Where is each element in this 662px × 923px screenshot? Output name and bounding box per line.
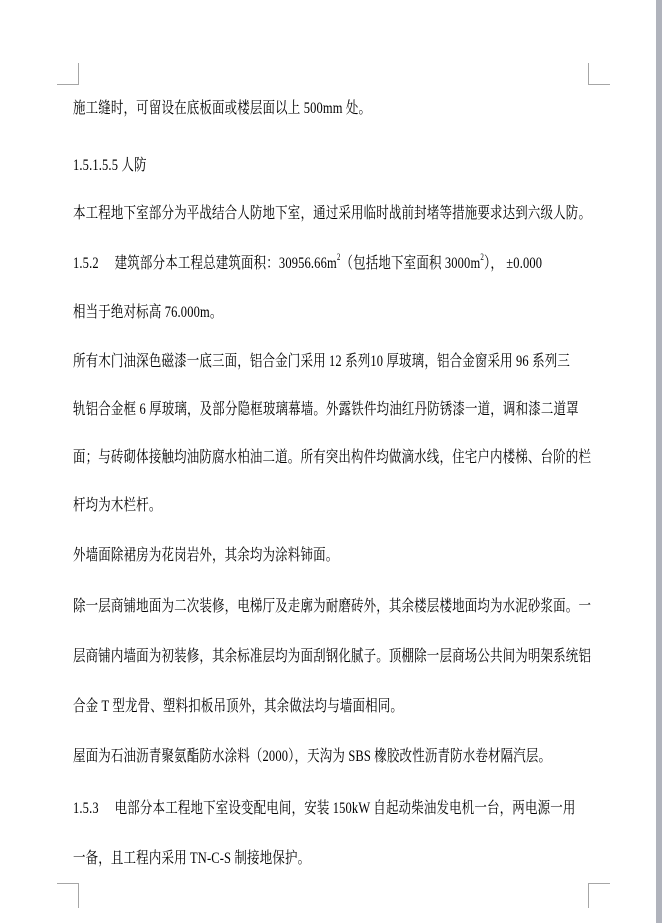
document-body-text: 施工缝时，可留设在底板面或楼层面以上 500mm 处。1.5.1.5.5 人防本…: [73, 0, 633, 923]
text-line: 合金 T 型龙骨、塑料扣板吊顶外，其余做法均与墙面相同。: [73, 698, 403, 716]
text-segment: 施工缝时，可留设在底板面或楼层面以上 500mm 处。: [73, 100, 371, 117]
text-line: 轨铝合金框 6 厚玻璃，及部分隐框玻璃幕墙。外露铁件均油红丹防锈漆一道，调和漆二…: [73, 401, 579, 419]
text-line: 一备，且工程内采用 TN-C-S 制接地保护。: [73, 850, 310, 868]
superscript: 2: [480, 252, 484, 262]
text-segment: 所有木门油深色磁漆一底三面，铝合金门采用 12 系列10 厚玻璃，铝合金窗采用 …: [73, 353, 570, 370]
superscript: 2: [337, 252, 341, 262]
text-line: 1.5.1.5.5 人防: [73, 157, 147, 175]
text-line: 杆均为木栏杆。: [73, 497, 161, 515]
text-line: 屋面为石油沥青聚氨酯防水涂料（2000），天沟为 SBS 橡胶改性沥青防水卷材隔…: [73, 748, 551, 766]
text-segment: 屋面为石油沥青聚氨酯防水涂料（2000），天沟为 SBS 橡胶改性沥青防水卷材隔…: [73, 748, 551, 765]
document-page: 施工缝时，可留设在底板面或楼层面以上 500mm 处。1.5.1.5.5 人防本…: [0, 0, 662, 923]
text-segment: 一备，且工程内采用 TN-C-S 制接地保护。: [73, 850, 310, 867]
text-line: 施工缝时，可留设在底板面或楼层面以上 500mm 处。: [73, 100, 371, 118]
text-segment: 外墙面除裙房为花岗岩外，其余均为涂料铈面。: [73, 547, 338, 564]
text-segment: 除一层商铺地面为二次装修，电梯厅及走廓为耐磨砖外，其余楼层楼地面均为水泥砂浆面。…: [73, 598, 591, 615]
text-line: 1.5.3 电部分本工程地下室设变配电间，安装 150kW 自起动柴油发电机一台…: [73, 800, 575, 818]
text-line: 所有木门油深色磁漆一底三面，铝合金门采用 12 系列10 厚玻璃，铝合金窗采用 …: [73, 353, 570, 371]
text-line: 除一层商铺地面为二次装修，电梯厅及走廓为耐磨砖外，其余楼层楼地面均为水泥砂浆面。…: [73, 598, 591, 616]
text-segment: 轨铝合金框 6 厚玻璃，及部分隐框玻璃幕墙。外露铁件均油红丹防锈漆一道，调和漆二…: [73, 401, 579, 418]
text-line: 面；与砖砌体接触均油防腐水柏油二道。所有突出构件均做滴水线，住宅户内楼梯、台阶的…: [73, 449, 591, 467]
text-line: 层商铺内墙面为初装修，其余标准层均为面刮钢化腻子。顶棚除一层商场公共间为明架系统…: [73, 648, 591, 666]
text-line: 1.5.2 建筑部分本工程总建筑面积：30956.66m2（包括地下室面积 30…: [73, 255, 542, 273]
text-segment: 1.5.3 电部分本工程地下室设变配电间，安装 150kW 自起动柴油发电机一台…: [73, 800, 575, 817]
text-segment: 1.5.1.5.5 人防: [73, 157, 147, 174]
text-segment: 面；与砖砌体接触均油防腐水柏油二道。所有突出构件均做滴水线，住宅户内楼梯、台阶的…: [73, 449, 591, 466]
text-segment: 相当于绝对标高 76.000m。: [73, 304, 222, 321]
text-segment: 杆均为木栏杆。: [73, 497, 161, 514]
text-line: 本工程地下室部分为平战结合人防地下室，通过采用临时战前封堵等措施要求达到六级人防…: [73, 205, 591, 223]
text-segment: 本工程地下室部分为平战结合人防地下室，通过采用临时战前封堵等措施要求达到六级人防…: [73, 205, 591, 222]
text-segment: （包括地下室面积 3000m: [341, 255, 481, 272]
text-segment: 合金 T 型龙骨、塑料扣板吊顶外，其余做法均与墙面相同。: [73, 698, 403, 715]
text-segment: 层商铺内墙面为初装修，其余标准层均为面刮钢化腻子。顶棚除一层商场公共间为明架系统…: [73, 648, 591, 665]
text-line: 相当于绝对标高 76.000m。: [73, 304, 222, 322]
text-segment: ）， ±0.000: [484, 255, 542, 272]
window-right-edge: [656, 0, 662, 923]
text-segment: 1.5.2 建筑部分本工程总建筑面积：30956.66m: [73, 255, 337, 272]
text-line: 外墙面除裙房为花岗岩外，其余均为涂料铈面。: [73, 547, 338, 565]
